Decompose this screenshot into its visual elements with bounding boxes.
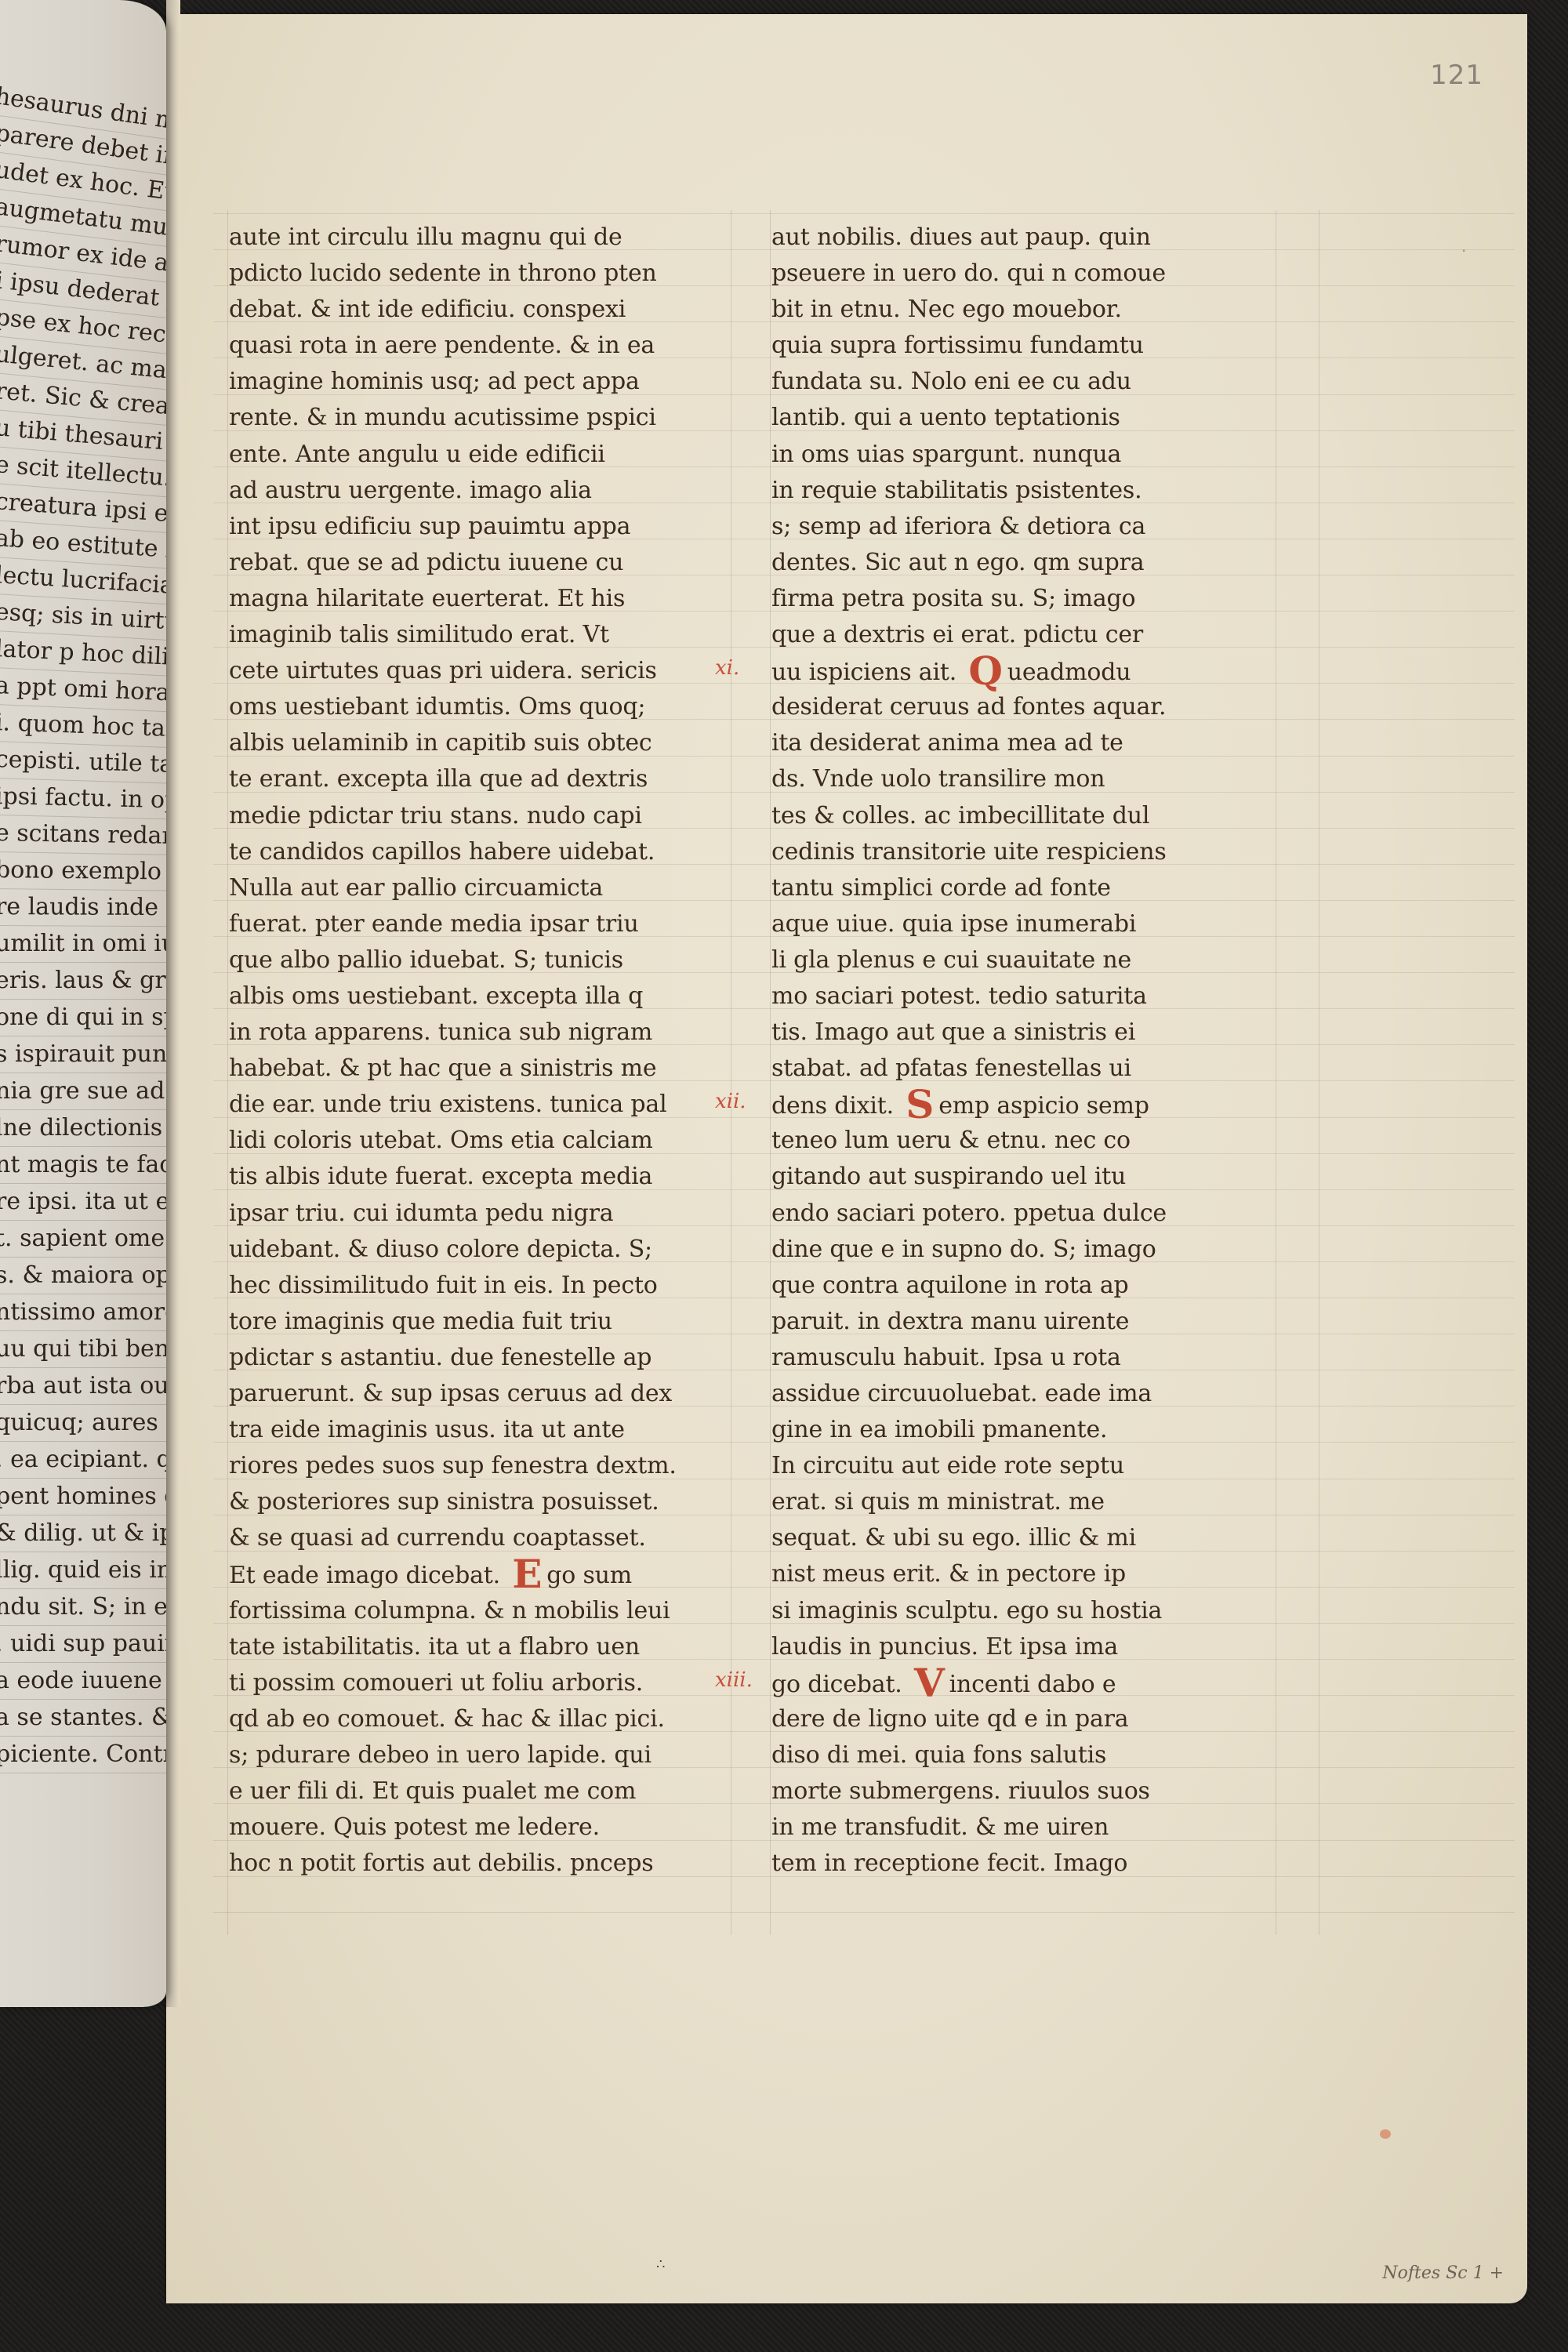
text-line: habebat. & pt hac que a sinistris me (229, 1051, 778, 1087)
verso-text-line: cepisti. utile ta ceteri (0, 742, 166, 784)
text-line: pdicto lucido sedente in throno pten (229, 256, 778, 292)
text-line: hec dissimilitudo fuit in eis. In pecto (229, 1268, 778, 1304)
text-line: quia supra fortissimu fundamtu (771, 328, 1289, 364)
text-line: que a dextris ei erat. pdictu cer (771, 617, 1289, 653)
verso-text-line: rba aut ista oues me (0, 1368, 166, 1405)
line-text: dens dixit. (771, 1092, 901, 1120)
text-line: mo saciari potest. tedio saturita (771, 978, 1289, 1014)
text-line: albis uelaminib in capitib suis obtec (229, 725, 778, 761)
text-line: tantu simplici corde ad fonte (771, 870, 1289, 906)
text-line: tis. Imago aut que a sinistris ei (771, 1014, 1289, 1051)
verso-text-line: re ipsi. ita ut esolat (0, 1184, 166, 1221)
text-line: lidi coloris utebat. Oms etia calciam (229, 1123, 778, 1159)
verso-text-line: s ispirauit pungit (0, 1036, 166, 1073)
text-line: imagine hominis usq; ad pect appa (229, 364, 778, 400)
line-text: emp aspicio semp (938, 1092, 1149, 1120)
text-line: fuerat. pter eande media ipsar triu (229, 906, 778, 942)
text-line: gine in ea imobili pmanente. (771, 1412, 1289, 1448)
text-line: hoc n potit fortis aut debilis. pnceps (229, 1846, 778, 1882)
text-line: dine que e in supno do. S; imago (771, 1232, 1289, 1268)
text-line: qd ab eo comouet. & hac & illac pici. (229, 1701, 778, 1737)
text-line: oms uestiebant idumtis. Oms quoq; (229, 689, 778, 725)
verso-text-line: re laudis inde exhib (0, 889, 166, 927)
text-line: que contra aquilone in rota ap (771, 1268, 1289, 1304)
text-line: In circuitu aut eide rote septu (771, 1448, 1289, 1484)
text-line: in me transfudit. & me uiren (771, 1809, 1289, 1846)
text-line: in rota apparens. tunica sub nigram (229, 1014, 778, 1051)
verso-text-line: t. sapient ome qd bo (0, 1221, 166, 1258)
red-initial: S (901, 1081, 938, 1127)
verso-text-line: nia gre sue ad te c (0, 1073, 166, 1110)
verso-text-line: quicuq; aures iterior (0, 1405, 166, 1442)
shelfmark-note: Noftes Sc 1 + (1382, 2263, 1504, 2283)
text-line: dens dixit. Semp aspicio semp (771, 1087, 1289, 1123)
folio-number: 121 (1430, 60, 1483, 91)
verso-text-line: a eode iuuene tres i (0, 1663, 166, 1700)
ruling-line (213, 1912, 1515, 1913)
text-line: tate istabilitatis. ita ut a flabro uen (229, 1629, 778, 1665)
text-line: aque uiue. quia ipse inumerabi (771, 906, 1289, 942)
verso-text-line: ntissimo amore glori (0, 1294, 166, 1331)
text-line: fundata su. Nolo eni ee cu adu (771, 364, 1289, 400)
text-line: int ipsu edificiu sup pauimtu appa (229, 509, 778, 545)
verso-text-line: eris. laus & gra actio (0, 963, 166, 1000)
text-line: teneo lum ueru & etnu. nec co (771, 1123, 1289, 1159)
text-line: pseuere in uero do. qui n comoue (771, 256, 1289, 292)
text-line: laudis in puncius. Et ipsa ima (771, 1629, 1289, 1665)
bottom-marks: ∴ (656, 2256, 668, 2273)
text-line: si imaginis sculptu. ego su hostia (771, 1593, 1289, 1629)
margin-pencil-mark: · (1461, 241, 1466, 260)
text-line: e uer fili di. Et quis pualet me com (229, 1773, 778, 1809)
text-line: Nulla aut ear pallio circuamicta (229, 870, 778, 906)
text-line: quasi rota in aere pendente. & in ea (229, 328, 778, 364)
text-line: stabat. ad pfatas fenestellas ui (771, 1051, 1289, 1087)
text-line: assidue circuuoluebat. eade ima (771, 1376, 1289, 1412)
text-line: mouere. Quis potest me ledere. (229, 1809, 778, 1846)
text-line: tis albis idute fuerat. excepta media (229, 1159, 778, 1195)
text-line: imaginib talis similitudo erat. Vt (229, 617, 778, 653)
text-line: gitando aut suspirando uel itu (771, 1159, 1289, 1195)
text-line: & posteriores sup sinistra posuisset. (229, 1484, 778, 1520)
text-line: Et eade imago dicebat. Ego sum (229, 1556, 778, 1592)
text-line: s; semp ad iferiora & detiora ca (771, 509, 1289, 545)
text-line: rebat. que se ad pdictu iuuene cu (229, 545, 778, 581)
verso-text-line: nt magis te faciet a (0, 1147, 166, 1184)
text-line: tem in receptione fecit. Imago (771, 1846, 1289, 1882)
text-line: ente. Ante angulu u eide edificii (229, 437, 778, 473)
verso-page-edge: hesaurus dni mei in opmparere debet in m… (0, 0, 166, 2007)
text-line: sequat. & ubi su ego. illic & mi (771, 1520, 1289, 1556)
text-line: in requie stabilitatis psistentes. (771, 473, 1289, 509)
verso-text-line: & dilig. ut & ipsi (0, 1515, 166, 1552)
red-stain (1380, 2129, 1391, 2139)
verso-text-block: hesaurus dni mei in opmparere debet in m… (0, 78, 166, 1773)
verso-text-line: pent homines qui me (0, 1479, 166, 1515)
text-line: lantib. qui a uento teptationis (771, 400, 1289, 436)
verso-text-line: ndu sit. S; in eade or (0, 1589, 166, 1626)
text-line: morte submergens. riuulos suos (771, 1773, 1289, 1809)
text-column-right: aut nobilis. diues aut paup. quinpseuere… (771, 220, 1289, 1882)
verso-text-line: uu qui tibi benign (0, 1331, 166, 1368)
text-line: firma petra posita su. S; imago (771, 581, 1289, 617)
verso-text-line: a se stantes. & illu d (0, 1700, 166, 1737)
text-line: ad austru uergente. imago alia (229, 473, 778, 509)
line-text: uu ispiciens ait. (771, 659, 964, 686)
text-line: ipsar triu. cui idumta pedu nigra (229, 1196, 778, 1232)
line-text: incenti dabo e (949, 1671, 1116, 1698)
text-line: fortissima columpna. & n mobilis leui (229, 1593, 778, 1629)
text-line: riores pedes suos sup fenestra dextm. (229, 1448, 778, 1484)
text-line: diso di mei. quia fons salutis (771, 1737, 1289, 1773)
recto-page: 121 aute int circulu illu magnu qui depd… (166, 14, 1527, 2303)
text-line: tes & colles. ac imbecillitate dul (771, 798, 1289, 834)
text-line: aute int circulu illu magnu qui de (229, 220, 778, 256)
text-line: uu ispiciens ait. Queadmodu (771, 653, 1289, 689)
text-line: ramusculu habuit. Ipsa u rota (771, 1340, 1289, 1376)
text-line: te candidos capillos habere uidebat. (229, 834, 778, 870)
text-line: que albo pallio iduebat. S; tunicis (229, 942, 778, 978)
red-initial: E (507, 1551, 546, 1597)
text-line: tra eide imaginis usus. ita ut ante (229, 1412, 778, 1448)
verso-text-line: llig. quid eis in do (0, 1552, 166, 1589)
text-line: aut nobilis. diues aut paup. quin (771, 220, 1289, 256)
text-line: te erant. excepta illa que ad dextris (229, 761, 778, 797)
verso-text-line: ipsi factu. in opib' ui (0, 779, 166, 819)
line-text: Et eade imago dicebat. (229, 1562, 507, 1589)
line-text: go dicebat. (771, 1671, 909, 1698)
text-line: paruerunt. & sup ipsas ceruus ad dex (229, 1376, 778, 1412)
text-line: cete uirtutes quas pri uidera. sericis (229, 653, 778, 689)
verso-text-line: . ea ecipiant. quia in (0, 1442, 166, 1479)
text-line: medie pdictar triu stans. nudo capi (229, 798, 778, 834)
verso-text-line: i. quom hoc tam gra (0, 705, 166, 748)
verso-text-line: piciente. Contra aqui (0, 1737, 166, 1773)
text-line: desiderat ceruus ad fontes aquar. (771, 689, 1289, 725)
text-line: ita desiderat anima mea ad te (771, 725, 1289, 761)
chapter-rubric: xi. (715, 656, 739, 680)
text-line: bit in etnu. Nec ego mouebor. (771, 292, 1289, 328)
ruling-line (1319, 210, 1319, 1935)
verso-text-line: e scitans redar (0, 815, 166, 855)
text-line: ds. Vnde uolo transilire mon (771, 761, 1289, 797)
text-line: ti possim comoueri ut foliu arboris. (229, 1665, 778, 1701)
text-line: rente. & in mundu acutissime pspici (229, 400, 778, 436)
gutter (166, 0, 180, 2007)
text-line: pdictar s astantiu. due fenestelle ap (229, 1340, 778, 1376)
text-line: & se quasi ad currendu coaptasset. (229, 1520, 778, 1556)
line-text: go sum (546, 1562, 632, 1589)
chapter-rubric: xiii. (715, 1668, 753, 1692)
text-line: albis oms uestiebant. excepta illa q (229, 978, 778, 1014)
verso-text-line: lne dilectionis sue (0, 1110, 166, 1147)
text-line: erat. si quis m ministrat. me (771, 1484, 1289, 1520)
verso-text-line: umilit in omi iusti (0, 926, 166, 963)
text-line: go dicebat. Vincenti dabo e (771, 1665, 1289, 1701)
verso-text-line: one di qui in spu sco (0, 1000, 166, 1036)
verso-text-line: . uidi sup pauimtu p (0, 1626, 166, 1663)
red-initial: Q (964, 648, 1007, 694)
text-line: cedinis transitorie uite respiciens (771, 834, 1289, 870)
text-line: endo saciari potero. ppetua dulce (771, 1196, 1289, 1232)
verso-text-line: bono exemplo tuo (0, 852, 166, 891)
text-line: nist meus erit. & in pectore ip (771, 1556, 1289, 1592)
text-line: in oms uias spargunt. nunqua (771, 437, 1289, 473)
text-line: tore imaginis que media fuit triu (229, 1304, 778, 1340)
text-line: s; pdurare debeo in uero lapide. qui (229, 1737, 778, 1773)
text-line: dentes. Sic aut n ego. qm supra (771, 545, 1289, 581)
text-line: dere de ligno uite qd e in para (771, 1701, 1289, 1737)
text-line: paruit. in dextra manu uirente (771, 1304, 1289, 1340)
verso-text-line: s. & maiora opa bon (0, 1258, 166, 1294)
text-column-left: aute int circulu illu magnu qui depdicto… (229, 220, 778, 1882)
chapter-rubric: xii. (715, 1090, 746, 1113)
text-line: magna hilaritate euerterat. Et his (229, 581, 778, 617)
text-line: li gla plenus e cui suauitate ne (771, 942, 1289, 978)
text-line: debat. & int ide edificiu. conspexi (229, 292, 778, 328)
line-text: ueadmodu (1007, 659, 1131, 686)
text-line: die ear. unde triu existens. tunica pal (229, 1087, 778, 1123)
red-initial: V (909, 1660, 949, 1706)
ruling-line (227, 210, 228, 1935)
text-line: uidebant. & diuso colore depicta. S; (229, 1232, 778, 1268)
ruling-line (213, 213, 1515, 214)
